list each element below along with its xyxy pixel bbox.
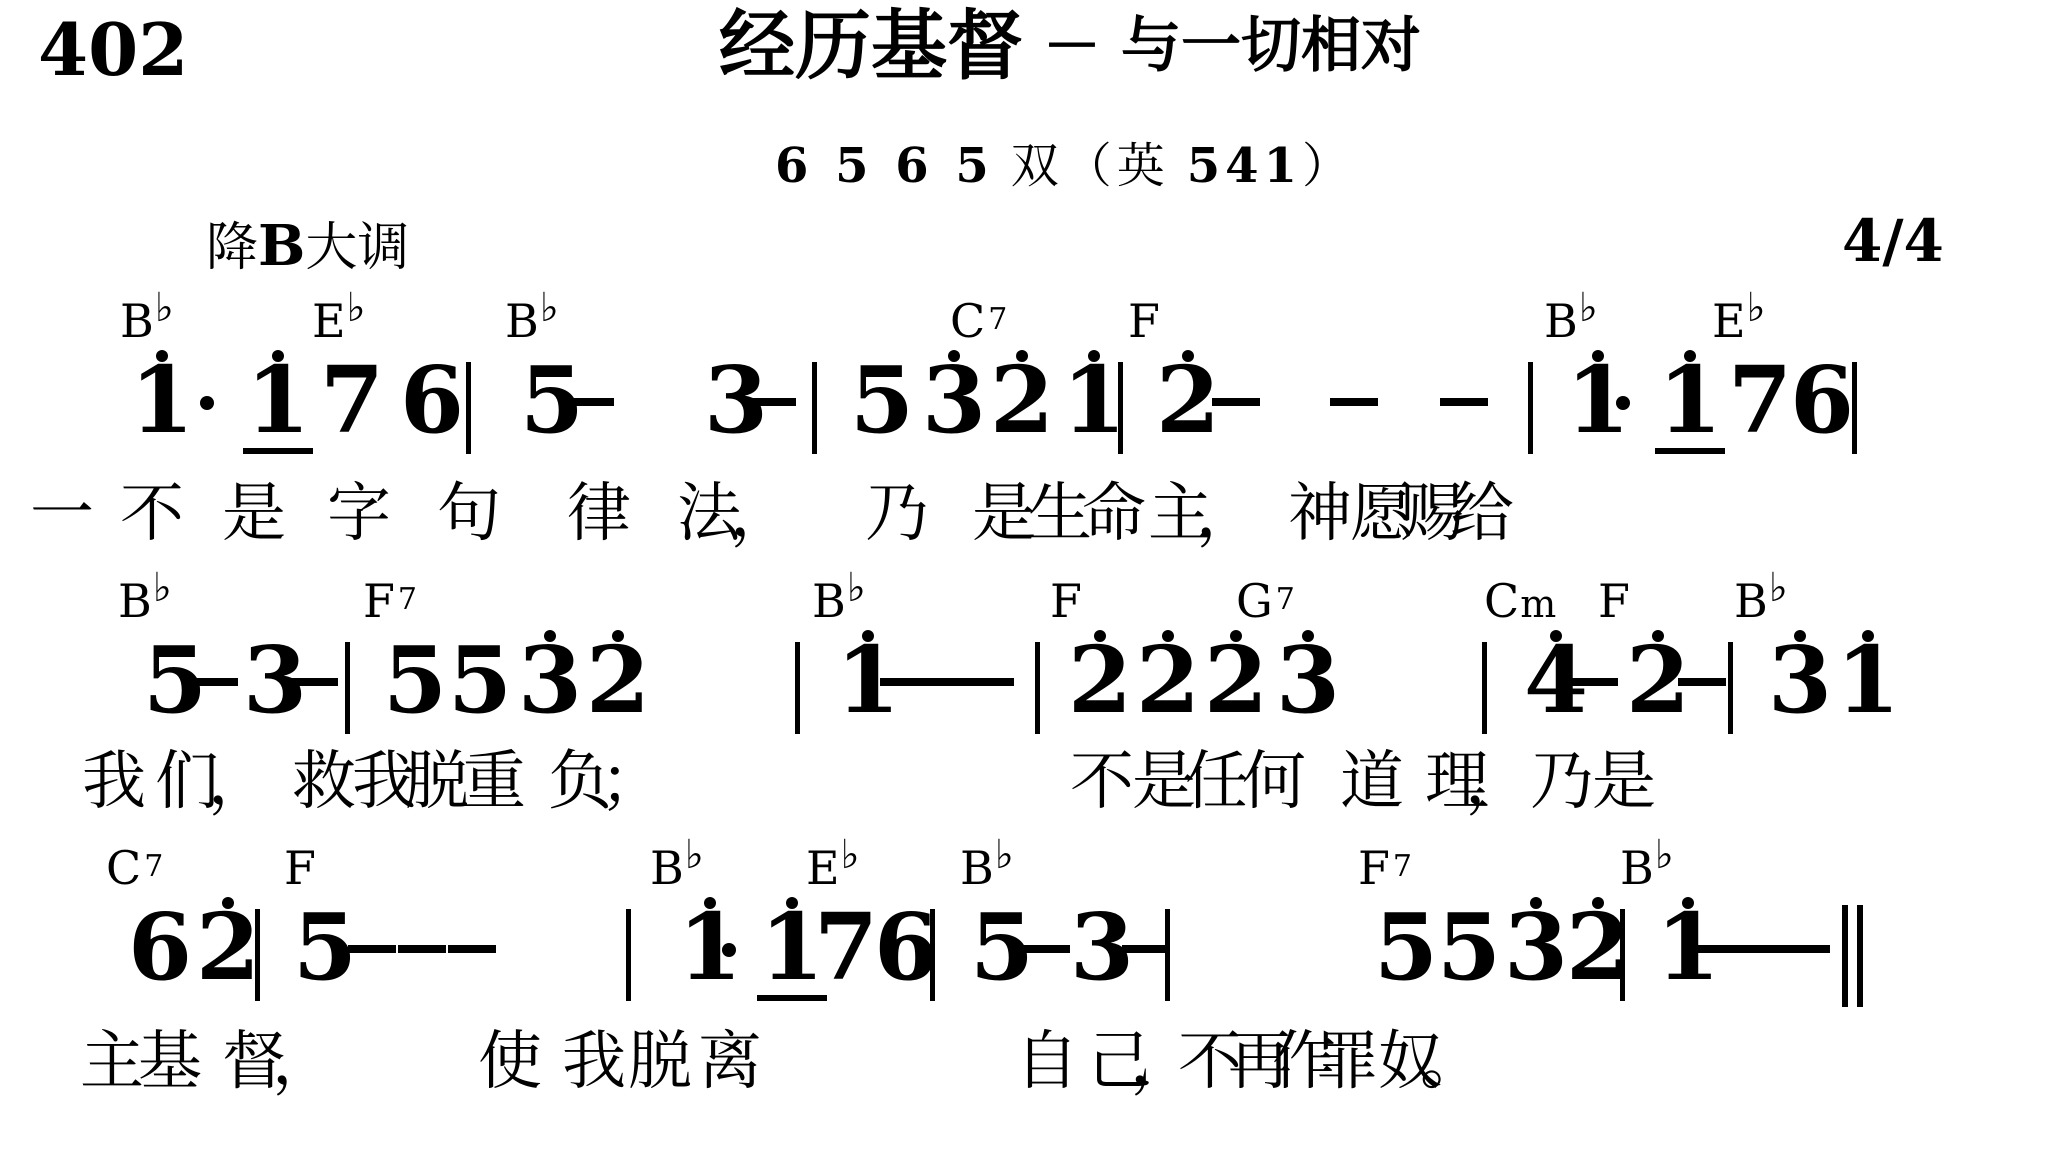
- chord-label: C7: [106, 845, 163, 891]
- octave-dot: [1094, 630, 1106, 642]
- lyric-syllable: ，: [730, 480, 794, 547]
- note-number: 3: [1276, 636, 1340, 724]
- chord-root: B: [1734, 574, 1768, 628]
- lyric-syllable: 不: [1070, 748, 1134, 815]
- chord-root: E: [1712, 294, 1746, 348]
- barline: [1620, 909, 1625, 1001]
- note-number: 2: [1156, 356, 1220, 444]
- verse-number: 一: [30, 480, 94, 547]
- chord-root: F: [284, 841, 316, 895]
- chord-label: C7: [950, 298, 1007, 344]
- duration-dash: [880, 678, 928, 686]
- chord-root: C: [106, 841, 141, 895]
- lyric-syllable: 何: [1242, 748, 1306, 815]
- chord-label: B♭: [120, 298, 174, 344]
- note-number: 2: [1136, 636, 1200, 724]
- key-signature: 降B大调: [206, 218, 409, 275]
- chord-root: B: [960, 841, 994, 895]
- barline: [466, 362, 471, 454]
- octave-dot: [948, 350, 960, 362]
- duration-dash: [348, 945, 396, 953]
- note-number: 2: [990, 356, 1054, 444]
- barline: [345, 642, 350, 734]
- duration-dash: [1698, 945, 1746, 953]
- octave-dot: [1862, 630, 1874, 642]
- lyric-syllable: 脱: [405, 748, 469, 815]
- music-system: C7FB♭E♭B♭F7B♭62511765355321: [0, 845, 2061, 1030]
- barline: [255, 909, 260, 1001]
- flat-sign: ♭: [685, 832, 704, 878]
- chord-label: F: [1128, 298, 1160, 344]
- octave-dot: [862, 630, 874, 642]
- octave-dot: [786, 897, 798, 909]
- augmentation-dot: [1616, 396, 1630, 410]
- chord-suffix: 7: [1276, 582, 1295, 617]
- chord-label: B♭: [1544, 298, 1598, 344]
- chord-suffix: m: [1520, 582, 1556, 626]
- meter-text: 大调: [305, 220, 409, 277]
- lyric-syllable: 是: [1592, 748, 1656, 815]
- duration-dash: [923, 678, 971, 686]
- title-row: 经历基督 － 与一切相对: [719, 8, 1421, 84]
- flat-sign: ♭: [347, 285, 366, 331]
- note-number: 6: [874, 903, 938, 991]
- duration-dash: [748, 398, 796, 406]
- chord-label: F7: [1358, 845, 1412, 891]
- lyric-syllable: ，: [208, 748, 272, 815]
- note-number: 2: [196, 903, 260, 991]
- chord-root: B: [118, 574, 152, 628]
- note-number: 5: [448, 636, 512, 724]
- chord-label: B♭: [812, 578, 866, 624]
- octave-dot: [1088, 350, 1100, 362]
- chord-label: B♭: [960, 845, 1014, 891]
- barline: [1728, 642, 1733, 734]
- lyric-syllable: 是: [972, 480, 1036, 547]
- chord-root: F: [1598, 574, 1630, 628]
- duration-dash: [1122, 945, 1170, 953]
- octave-dot: [222, 897, 234, 909]
- note-number: 7: [320, 356, 384, 444]
- flat-sign: ♭: [1747, 285, 1766, 331]
- flat-sign: ♭: [1769, 565, 1788, 611]
- octave-dot: [612, 630, 624, 642]
- title-separator-dash: －: [1043, 17, 1101, 75]
- duration-dash: [1740, 945, 1788, 953]
- chord-suffix: 7: [988, 302, 1007, 337]
- barline: [1035, 642, 1040, 734]
- chord-suffix: 7: [398, 582, 417, 617]
- chord-root: B: [1544, 294, 1578, 348]
- duration-dash: [398, 945, 446, 953]
- duration-dash: [290, 678, 338, 686]
- hymn-title: 经历基督: [719, 8, 1023, 84]
- note-number: 5: [1374, 903, 1438, 991]
- chord-label: E♭: [312, 298, 365, 344]
- lyric-syllable: 自: [1015, 1028, 1079, 1095]
- lyric-syllable: 命: [1082, 480, 1146, 547]
- lyric-syllable: 重: [462, 748, 526, 815]
- octave-dot: [1550, 630, 1562, 642]
- flat-sign: ♭: [995, 832, 1014, 878]
- lyric-syllable: 基: [138, 1028, 202, 1095]
- chord-suffix: 7: [1393, 849, 1412, 884]
- chord-root: E: [312, 294, 346, 348]
- note-number: 6: [128, 903, 192, 991]
- octave-dot: [1684, 350, 1696, 362]
- lyric-syllable: 罪: [1315, 1028, 1379, 1095]
- duration-dash: [1782, 945, 1830, 953]
- meter-number: B: [258, 213, 305, 279]
- duration-dash: [1212, 398, 1260, 406]
- octave-dot: [1592, 897, 1604, 909]
- lyric-syllable: 神: [1288, 480, 1352, 547]
- lyric-syllable: 我: [562, 1028, 626, 1095]
- flat-sign: ♭: [540, 285, 559, 331]
- note-number: 1: [246, 356, 310, 444]
- flat-sign: ♭: [1655, 832, 1674, 878]
- note-number: 5: [850, 356, 914, 444]
- barline: [1482, 642, 1487, 734]
- hymn-number: 402: [38, 14, 188, 86]
- octave-dot: [1530, 897, 1542, 909]
- chord-label: F: [1050, 578, 1082, 624]
- note-number: 6: [400, 356, 464, 444]
- lyric-syllable: 乃: [865, 480, 929, 547]
- lyric-syllable: 离: [698, 1028, 762, 1095]
- flat-sign: ♭: [1579, 285, 1598, 331]
- octave-dot: [1162, 630, 1174, 642]
- lyric-syllable: 字: [327, 480, 391, 547]
- octave-dot: [1682, 897, 1694, 909]
- octave-dot: [272, 350, 284, 362]
- octave-dot: [1592, 350, 1604, 362]
- time-signature: 4/4: [1842, 212, 1944, 270]
- chord-label: E♭: [806, 845, 859, 891]
- octave-dot: [1652, 630, 1664, 642]
- octave-dot: [1302, 630, 1314, 642]
- note-number: 5: [1437, 903, 1501, 991]
- note-number: 1: [130, 356, 194, 444]
- chord-root: E: [806, 841, 840, 895]
- flat-sign: ♭: [153, 565, 172, 611]
- lyric-syllable: 救: [292, 748, 356, 815]
- barline: [795, 642, 800, 734]
- duration-dash: [190, 678, 238, 686]
- octave-dot: [704, 897, 716, 909]
- lyric-syllable: 任: [1185, 748, 1249, 815]
- chord-root: F: [1050, 574, 1082, 628]
- chord-label: B♭: [650, 845, 704, 891]
- octave-dot: [1016, 350, 1028, 362]
- meter-text: 双（英: [994, 140, 1187, 193]
- meter-number: 541: [1187, 138, 1302, 194]
- note-number: 7: [1728, 356, 1792, 444]
- lyric-syllable: 使: [478, 1028, 542, 1095]
- chord-root: B: [505, 294, 539, 348]
- octave-dot: [1182, 350, 1194, 362]
- meter-text: ）: [1302, 140, 1355, 193]
- chord-label: E♭: [1712, 298, 1765, 344]
- meter-info: 6 5 6 5 双（英 541）: [775, 142, 1355, 191]
- duration-dash: [1570, 678, 1618, 686]
- chord-label: B♭: [505, 298, 559, 344]
- lyric-syllable: 句: [437, 480, 501, 547]
- lyric-syllable: ，: [1465, 748, 1529, 815]
- note-number: 3: [1768, 636, 1832, 724]
- chord-root: B: [812, 574, 846, 628]
- lyric-syllable: 我: [82, 748, 146, 815]
- augmentation-dot: [200, 396, 214, 410]
- chord-label: F: [1598, 578, 1630, 624]
- duration-dash: [1022, 945, 1070, 953]
- chord-label: F7: [363, 578, 417, 624]
- barline: [812, 362, 817, 454]
- octave-dot: [544, 630, 556, 642]
- note-number: 6: [1790, 356, 1854, 444]
- lyric-syllable: 乃: [1530, 748, 1594, 815]
- hymn-subtitle: 与一切相对: [1121, 16, 1421, 76]
- lyric-syllable: ；: [600, 748, 664, 815]
- duration-dash: [566, 398, 614, 406]
- flat-sign: ♭: [841, 832, 860, 878]
- lyric-syllable: 不: [120, 480, 184, 547]
- lyric-syllable: 。: [1420, 1028, 1484, 1095]
- barline: [626, 909, 631, 1001]
- chord-root: F: [1128, 294, 1160, 348]
- meter-text: 降: [206, 220, 258, 277]
- note-number: 2: [586, 636, 650, 724]
- lyric-syllable: 主: [80, 1028, 144, 1095]
- note-number: 2: [1204, 636, 1268, 724]
- barline: [1165, 909, 1170, 1001]
- note-number: 1: [1836, 636, 1900, 724]
- note-number: 1: [1658, 356, 1722, 444]
- chord-suffix: 7: [144, 849, 163, 884]
- flat-sign: ♭: [155, 285, 174, 331]
- hymn-sheet-page: 402 经历基督 － 与一切相对 6 5 6 5 双（英 541） 降B大调 4…: [0, 0, 2061, 1149]
- lyric-syllable: ，: [1196, 480, 1260, 547]
- lyric-syllable: 给: [1450, 480, 1514, 547]
- lyric-syllable: 道: [1340, 748, 1404, 815]
- music-system: B♭E♭B♭C7FB♭E♭117653532121176: [0, 298, 2061, 483]
- final-double-barline: [1842, 905, 1863, 1007]
- lyric-syllable: ，: [272, 1028, 336, 1095]
- music-system: B♭F7B♭FG7CmFB♭535532122234231: [0, 578, 2061, 763]
- chord-root: F: [1358, 841, 1390, 895]
- note-number: 2: [1068, 636, 1132, 724]
- augmentation-dot: [722, 943, 736, 957]
- note-number: 5: [383, 636, 447, 724]
- octave-dot: [1794, 630, 1806, 642]
- barline: [1852, 362, 1857, 454]
- duration-dash: [1440, 398, 1488, 406]
- flat-sign: ♭: [847, 565, 866, 611]
- note-number: 7: [814, 903, 878, 991]
- lyric-line: 我们，救我脱重负；不是任何道理，乃是: [0, 748, 2061, 838]
- duration-dash: [1678, 678, 1726, 686]
- chord-label: B♭: [1620, 845, 1674, 891]
- lyric-line: 主基督，使我脱离自己，不再作罪奴。: [0, 1028, 2061, 1118]
- meter-number: 6 5 6 5: [775, 138, 994, 194]
- octave-dot: [156, 350, 168, 362]
- barline: [930, 909, 935, 1001]
- note-number: 3: [922, 356, 986, 444]
- chord-root: B: [1620, 841, 1654, 895]
- chord-root: C: [950, 294, 985, 348]
- lyric-syllable: 脱: [628, 1028, 692, 1095]
- lyric-syllable: 是: [222, 480, 286, 547]
- barline: [1528, 362, 1533, 454]
- octave-dot: [1230, 630, 1242, 642]
- chord-root: B: [650, 841, 684, 895]
- chord-label: Cm: [1484, 578, 1556, 624]
- chord-label: G7: [1236, 578, 1295, 624]
- lyric-line: 一不是字句律法，乃是生命主，神愿赐给: [0, 480, 2061, 570]
- chord-label: B♭: [1734, 578, 1788, 624]
- chord-label: F: [284, 845, 316, 891]
- barline: [1118, 362, 1123, 454]
- note-number: 3: [1504, 903, 1568, 991]
- chord-root: B: [120, 294, 154, 348]
- duration-dash: [966, 678, 1014, 686]
- duration-dash: [448, 945, 496, 953]
- lyric-syllable: 律: [567, 480, 631, 547]
- chord-root: F: [363, 574, 395, 628]
- duration-dash: [1330, 398, 1378, 406]
- chord-root: C: [1484, 574, 1519, 628]
- chord-label: B♭: [118, 578, 172, 624]
- chord-root: G: [1236, 574, 1273, 628]
- note-number: 1: [1062, 356, 1126, 444]
- note-number: 3: [518, 636, 582, 724]
